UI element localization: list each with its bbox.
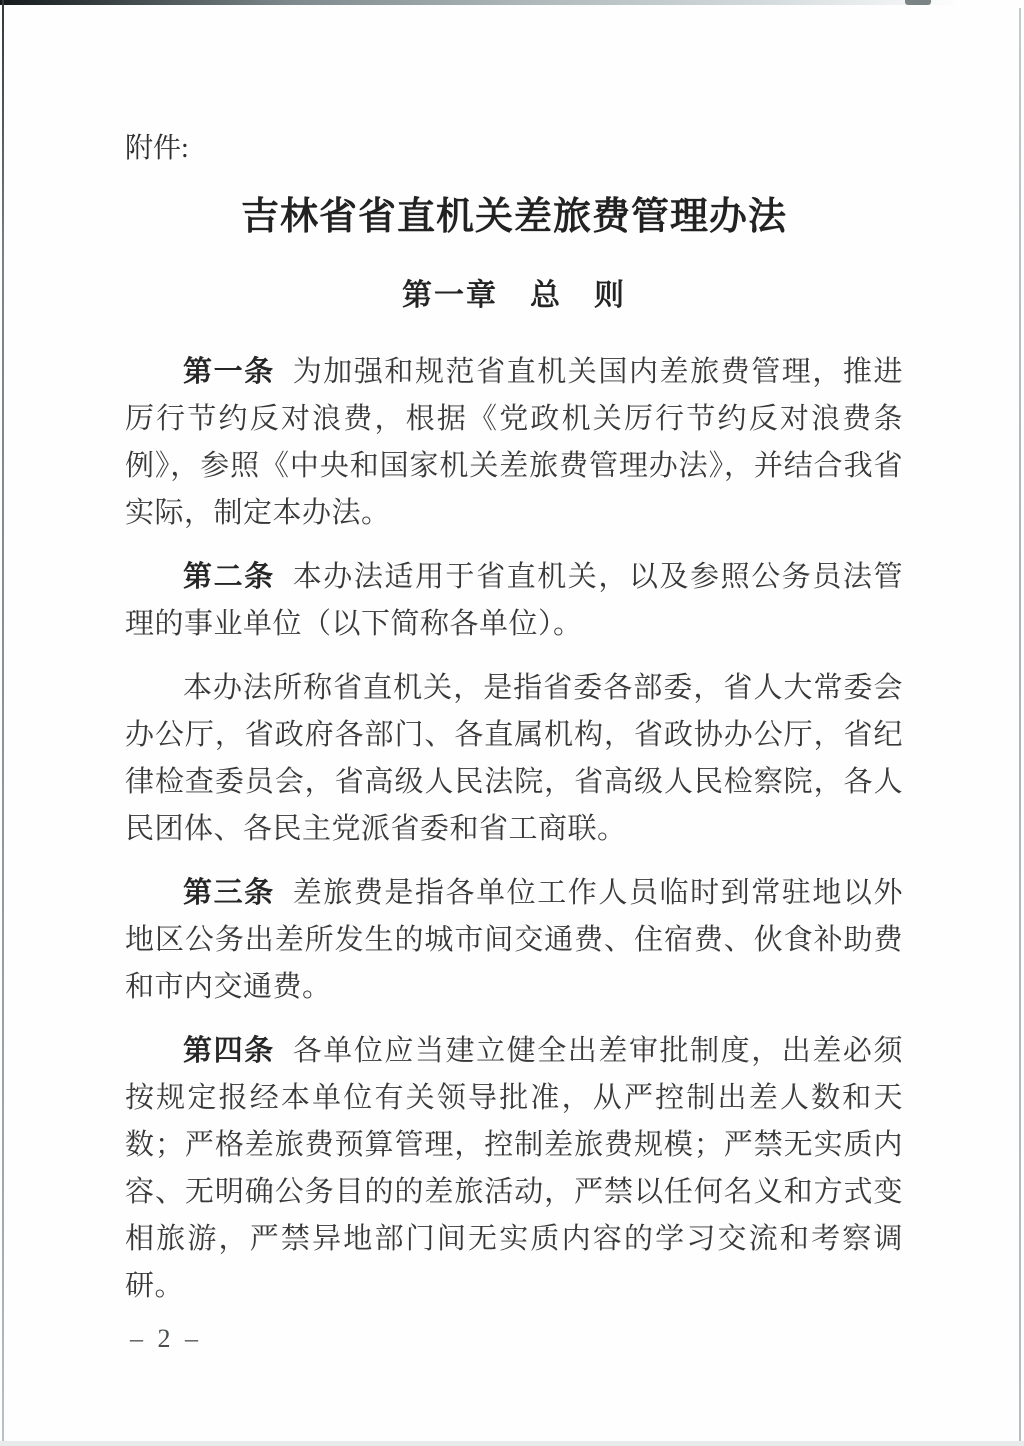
attachment-label: 附件: [125,130,903,168]
article-4-label: 第四条 [183,1035,275,1067]
document-title: 吉林省省直机关差旅费管理办法 [125,192,903,242]
article-2-label: 第二条 [183,561,275,593]
document-body: 第一条为加强和规范省直机关国内差旅费管理，推进厉行节约反对浪费，根据《党政机关厉… [125,349,903,1310]
paragraph-article-4: 第四条各单位应当建立健全出差审批制度，出差必须按规定报经本单位有关领导批准，从严… [125,1028,903,1310]
chapter-heading: 第一章 总 则 [125,276,903,316]
paragraph-definition: 本办法所称省直机关，是指省委各部委，省人大常委会办公厅，省政府各部门、各直属机构… [125,665,903,853]
paragraph-article-3: 第三条差旅费是指各单位工作人员临时到常驻地以外地区公务出差所发生的城市间交通费、… [125,870,903,1011]
scan-smudge [905,0,931,5]
scan-edge-top [0,0,960,5]
paragraph-definition-text: 本办法所称省直机关，是指省委各部委，省人大常委会办公厅，省政府各部门、各直属机构… [125,672,903,845]
scan-edge-right [1019,8,1021,1446]
article-3-label: 第三条 [183,877,275,909]
paragraph-article-2: 第二条本办法适用于省直机关，以及参照公务员法管理的事业单位（以下简称各单位）。 [125,554,903,648]
article-4-text: 各单位应当建立健全出差审批制度，出差必须按规定报经本单位有关领导批准，从严控制出… [125,1035,903,1302]
scanned-document-page: 附件: 吉林省省直机关差旅费管理办法 第一章 总 则 第一条为加强和规范省直机关… [0,0,1024,1446]
document-content: 附件: 吉林省省直机关差旅费管理办法 第一章 总 则 第一条为加强和规范省直机关… [125,130,903,1327]
scan-edge-left [2,0,4,1446]
scan-edge-bottom [0,1441,1024,1446]
article-1-label: 第一条 [183,356,275,388]
paragraph-article-1: 第一条为加强和规范省直机关国内差旅费管理，推进厉行节约反对浪费，根据《党政机关厉… [125,349,903,537]
page-number: – 2 – [130,1322,202,1356]
